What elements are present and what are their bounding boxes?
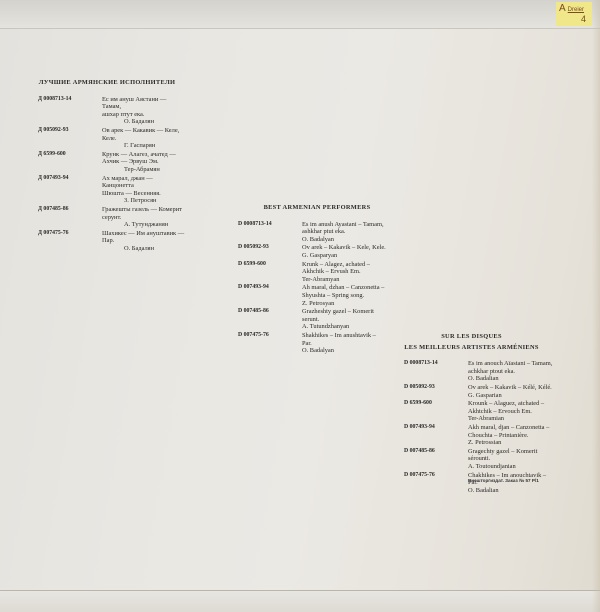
performer-name: Тер-Абрамян	[102, 166, 186, 174]
catalog-spacer	[38, 158, 102, 166]
catalog-number: D 007475-76	[238, 332, 302, 340]
performer-name: А. Тутунджанян	[102, 221, 186, 229]
track-entry: D 0008713-14Es im anouch Aïastani – Tama…	[404, 360, 559, 383]
track-title-line: Krunk – Alagez, achated –	[302, 261, 386, 269]
track-title-line: Гражешты газель — Комерит	[102, 206, 186, 214]
track-entry: D 6599-600Krounk – Alaguez, atchated –Ak…	[404, 400, 559, 423]
catalog-number: D 007475-76	[404, 472, 468, 480]
catalog-spacer	[38, 190, 102, 198]
catalog-spacer	[238, 236, 302, 244]
catalog-spacer	[238, 292, 302, 300]
catalog-number: Д 6599-600	[38, 151, 102, 159]
russian-track-list: ЛУЧШИЕ АРМЯНСКИЕ ИСПОЛНИТЕЛИ Д 0008713-1…	[38, 79, 186, 253]
catalog-spacer	[404, 455, 468, 463]
track-title-line: Ah maral, dzhan – Canzonetta –	[302, 284, 386, 292]
catalog-spacer	[238, 300, 302, 308]
track-entry: D 0008713-14Es im anush Ayastani – Tamam…	[238, 221, 386, 244]
catalog-spacer	[404, 432, 468, 440]
french-title-line-1: SUR LES DISQUES	[384, 333, 559, 341]
track-title-line: Akhchik – Ervush Em.	[302, 268, 386, 276]
track-title-line: ашхар птут ека.	[102, 111, 186, 119]
catalog-number: D 6599-600	[404, 400, 468, 408]
catalog-spacer	[238, 323, 302, 331]
catalog-spacer	[38, 214, 102, 222]
catalog-spacer	[38, 111, 102, 119]
catalog-number: D 0008713-14	[404, 360, 468, 368]
track-title-line: Ахчик — Эрвуш Эм.	[102, 158, 186, 166]
catalog-spacer	[238, 340, 302, 348]
track-title-line: sérounti.	[468, 455, 559, 463]
catalog-spacer	[404, 408, 468, 416]
track-title-line: Ov arek – Kakavik – Kele, Kele.	[302, 244, 386, 252]
catalog-spacer	[404, 392, 468, 400]
track-title-line: Gragechty gazel – Komerit	[468, 448, 559, 456]
catalog-spacer	[404, 487, 468, 495]
track-title-line: serunt.	[302, 316, 386, 324]
track-entry: D 007475-76Shakhikes – Im anushtavik –Pa…	[238, 332, 386, 355]
performer-name: Ter-Abramian	[468, 415, 559, 423]
track-entry: Д 007475-76Шахикес — Им ануштавик —Пар.О…	[38, 230, 186, 253]
shrink-wrap-bottom-edge	[0, 590, 600, 612]
track-entry: D 005092-93Ov arek – Kakavik – Kele, Kel…	[238, 244, 386, 259]
track-title-line: серунт.	[102, 214, 186, 222]
catalog-number: D 005092-93	[404, 384, 468, 392]
track-title-line: Es im anouch Aïastani – Tamam,	[468, 360, 559, 368]
performer-name: O. Badalian	[468, 487, 559, 495]
catalog-number: D 6599-600	[238, 261, 302, 269]
catalog-number: D 007493-94	[238, 284, 302, 292]
track-title-line: Chouchta – Printanière.	[468, 432, 559, 440]
catalog-spacer	[38, 245, 102, 253]
catalog-spacer	[238, 252, 302, 260]
performer-name: Г. Гаспарян	[102, 142, 186, 150]
track-entry: D 007485-86Grazheshty gazel – Komeritser…	[238, 308, 386, 331]
track-title-line: Ес им ануш Аястани — Тамам,	[102, 96, 186, 111]
sticker-label: Dreier	[568, 7, 584, 13]
sticker-letter: А	[559, 3, 566, 14]
track-title-line: Es im anush Ayastani – Tamam,	[302, 221, 386, 229]
catalog-spacer	[38, 221, 102, 229]
track-entry: Д 0008713-14Ес им ануш Аястани — Тамам,а…	[38, 96, 186, 126]
track-entry: D 005092-93Ov arek – Kakavik – Kélé, Kél…	[404, 384, 559, 399]
russian-title: ЛУЧШИЕ АРМЯНСКИЕ ИСПОЛНИТЕЛИ	[28, 79, 186, 87]
price-sticker: АDreier 4	[556, 2, 592, 26]
track-title-line: Shyushta – Spring song.	[302, 292, 386, 300]
track-title-line: Krounk – Alaguez, atchated –	[468, 400, 559, 408]
catalog-number: Д 0008713-14	[38, 96, 102, 111]
performer-name: Ter-Abramyan	[302, 276, 386, 284]
track-title-line: Ov arek – Kakavik – Kélé, Kélé.	[468, 384, 559, 392]
performer-name: З. Петросян	[102, 197, 186, 205]
catalog-number: Д 007493-94	[38, 175, 102, 190]
french-track-list: SUR LES DISQUES LES MEILLEURS ARTISTES A…	[404, 333, 559, 495]
catalog-spacer	[404, 415, 468, 423]
track-entry: Д 6599-600Крунк — Алагез, ачатед —Ахчик …	[38, 151, 186, 174]
track-entry: D 6599-600Krunk – Alagez, achated –Akhch…	[238, 261, 386, 284]
track-title-line: achkhar ptout eka.	[468, 368, 559, 376]
catalog-spacer	[404, 368, 468, 376]
track-entry: Д 007493-94Ах марал, джан — КанцонеттаШю…	[38, 175, 186, 205]
catalog-spacer	[38, 237, 102, 245]
performer-name: Z. Petrossian	[468, 439, 559, 447]
track-title-line: Шюшта — Весенняя.	[102, 190, 186, 198]
catalog-spacer	[238, 268, 302, 276]
catalog-spacer	[238, 228, 302, 236]
performer-name: O. Badalyan	[302, 347, 386, 355]
track-title-line: Ов арек — Какавик — Келе,	[102, 127, 186, 135]
track-title-line: Пар.	[102, 237, 186, 245]
performer-name: G. Gasparian	[468, 392, 559, 400]
catalog-spacer	[238, 347, 302, 355]
track-title-line: Par.	[302, 340, 386, 348]
performer-name: О. Бадалян	[102, 245, 186, 253]
performer-name: A. Toutoundjanian	[468, 463, 559, 471]
track-title-line: Келе.	[102, 135, 186, 143]
catalog-number: D 007493-94	[404, 424, 468, 432]
catalog-number: D 007485-86	[238, 308, 302, 316]
catalog-spacer	[404, 463, 468, 471]
performer-name: O. Badalian	[468, 375, 559, 383]
catalog-number: Д 007475-76	[38, 230, 102, 238]
track-title-line: Shakhikes – Im anushtavik –	[302, 332, 386, 340]
track-title-line: Akhtchik – Ervouch Em.	[468, 408, 559, 416]
performer-name: A. Tutundzhanyan	[302, 323, 386, 331]
catalog-number: D 007485-86	[404, 448, 468, 456]
shrink-wrap-top-edge	[0, 0, 600, 29]
track-entry: D 007493-94Ah maral, dzhan – Canzonetta …	[238, 284, 386, 307]
track-title-line: Akh maral, djan – Canzonetta –	[468, 424, 559, 432]
printer-order-number: Внешторгиздат. Заказ № 57 Р/1	[468, 478, 539, 483]
catalog-spacer	[404, 375, 468, 383]
catalog-number: D 005092-93	[238, 244, 302, 252]
catalog-number: D 0008713-14	[238, 221, 302, 229]
french-title-line-2: LES MEILLEURS ARTISTES ARMÉNIENS	[384, 344, 559, 352]
track-entry: D 007493-94Akh maral, djan – Canzonetta …	[404, 424, 559, 447]
catalog-number: Д 007485-86	[38, 206, 102, 214]
catalog-spacer	[38, 166, 102, 174]
catalog-spacer	[404, 479, 468, 487]
track-entry: Д 005092-93Ов арек — Какавик — Келе,Келе…	[38, 127, 186, 150]
track-title-line: ashkhar ptut eka.	[302, 228, 386, 236]
sticker-number: 4	[581, 14, 586, 24]
track-title-line: Крунк — Алагез, ачатед —	[102, 151, 186, 159]
performer-name: G. Gasparyan	[302, 252, 386, 260]
english-track-list: BEST ARMENIAN PERFORMERS D 0008713-14Es …	[238, 204, 386, 356]
catalog-spacer	[38, 118, 102, 126]
catalog-spacer	[404, 439, 468, 447]
english-title: BEST ARMENIAN PERFORMERS	[248, 204, 386, 212]
track-title-line: Ах марал, джан — Канцонетта	[102, 175, 186, 190]
track-title-line: Шахикес — Им ануштавик —	[102, 230, 186, 238]
track-title-line: Grazheshty gazel – Komerit	[302, 308, 386, 316]
track-entry: Д 007485-86Гражешты газель — Комеритсеру…	[38, 206, 186, 229]
track-entry: D 007485-86Gragechty gazel – Komeritséro…	[404, 448, 559, 471]
sleeve-right-edge	[592, 0, 600, 612]
performer-name: O. Badalyan	[302, 236, 386, 244]
performer-name: Z. Petrosyan	[302, 300, 386, 308]
catalog-spacer	[238, 276, 302, 284]
catalog-spacer	[38, 142, 102, 150]
catalog-spacer	[38, 135, 102, 143]
catalog-spacer	[238, 316, 302, 324]
catalog-number: Д 005092-93	[38, 127, 102, 135]
catalog-spacer	[38, 197, 102, 205]
performer-name: О. Бадалян	[102, 118, 186, 126]
